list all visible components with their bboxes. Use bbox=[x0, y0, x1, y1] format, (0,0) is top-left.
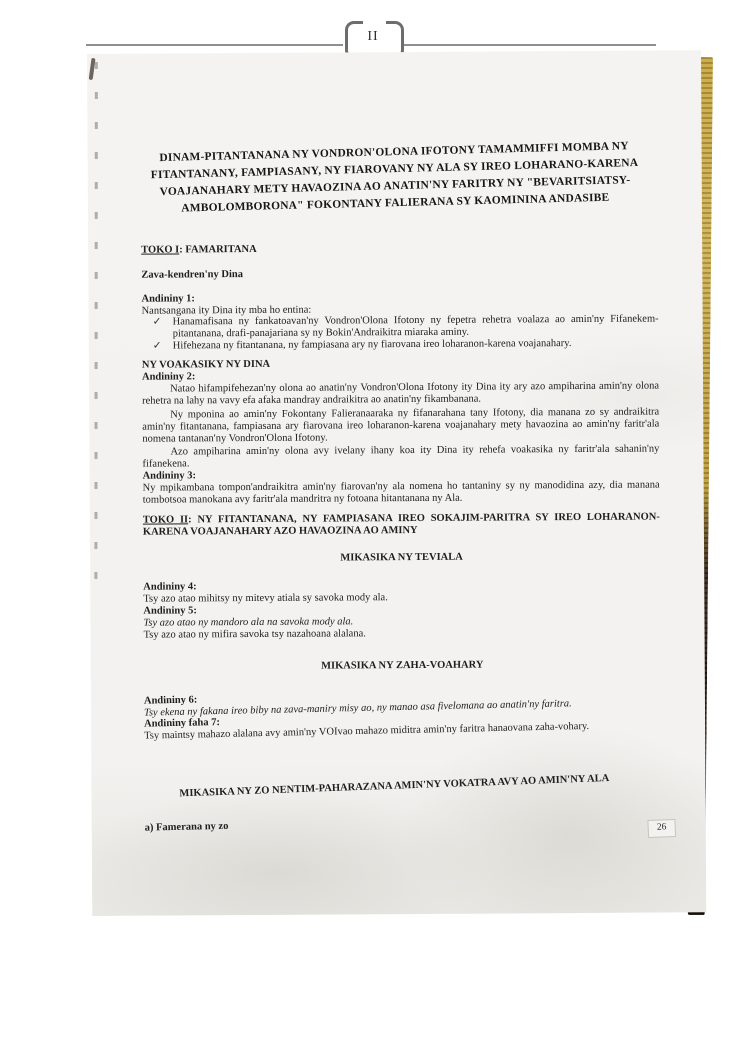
andininy2-label: Andininy 2: bbox=[142, 371, 195, 383]
voakasiky-heading: NY VOAKASIKY NY DINA bbox=[142, 359, 270, 372]
zahavoahary-section-heading: MIKASIKA NY ZAHA-VOAHARY bbox=[144, 659, 661, 674]
teviala-section-heading: MIKASIKA NY TEVIALA bbox=[143, 551, 660, 566]
andininy1-label: Andininy 1: bbox=[141, 293, 194, 305]
dina-objective-subheading: Zava-kendren'ny Dina bbox=[141, 269, 243, 282]
toko2-heading: TOKO II: NY FITANTANANA, NY FAMPIASANA I… bbox=[143, 512, 660, 539]
toko1-heading-text: : FAMARITANA bbox=[179, 244, 257, 255]
toko1-heading-number: TOKO I bbox=[141, 244, 179, 255]
andininy3-label: Andininy 3: bbox=[143, 470, 196, 482]
document-viewer: { "header": { "page_marker": "II" }, "gl… bbox=[0, 0, 745, 1053]
page-number: 26 bbox=[647, 819, 676, 838]
header-rule-right bbox=[403, 44, 656, 46]
andininy2-paragraph-1: Natao hifampifehezan'ny olona ao anatin'… bbox=[142, 381, 659, 408]
toko2-heading-text: : NY FITANTANANA, NY FAMPIASANA IREO SOK… bbox=[143, 512, 660, 538]
famerana-label: a) Famerana ny zo bbox=[145, 821, 229, 835]
andininy4-paragraph: Tsy azo atao mihitsy ny mitevy atiala sy… bbox=[143, 591, 660, 606]
andininy3-paragraph: Ny mpikambana tompon'andraikitra amin'ny… bbox=[143, 480, 660, 507]
checkmark-icon: ✓ bbox=[153, 340, 173, 352]
andininy1-bullet-list: ✓ Hanamafisana ny fankatoavan'ny Vondron… bbox=[153, 314, 659, 353]
checkmark-icon: ✓ bbox=[153, 316, 173, 340]
andininy5-label: Andininy 5: bbox=[143, 605, 196, 617]
page-marker: II bbox=[350, 29, 396, 45]
toko2-heading-number: TOKO II bbox=[143, 514, 188, 525]
andininy4-label: Andininy 4: bbox=[143, 581, 196, 593]
andininy5-paragraph-2: Tsy azo atao ny mifira savoka tsy nazaho… bbox=[144, 627, 661, 642]
scanned-page: DINAM-PITANTANANA NY VONDRON'OLONA IFOTO… bbox=[87, 50, 706, 916]
bullet-item: ✓ Hanamafisana ny fankatoavan'ny Vondron… bbox=[153, 314, 659, 341]
andininy6-paragraph: Tsy ekena ny fakana ireo biby na zava-ma… bbox=[144, 696, 661, 719]
andininy2-paragraph-2: Ny mponina ao amin'ny Fokontany Falieran… bbox=[142, 407, 659, 446]
andininy7-paragraph: Tsy maintsy mahazo alalana avy amin'ny V… bbox=[144, 719, 661, 742]
document-title: DINAM-PITANTANANA NY VONDRON'OLONA IFOTO… bbox=[129, 137, 661, 218]
toko1-heading: TOKO I: FAMARITANA bbox=[141, 244, 257, 257]
bullet-text: Hifehezana ny fitantanana, ny fampiasana… bbox=[173, 338, 659, 353]
bullet-text: Hanamafisana ny fankatoavan'ny Vondron'O… bbox=[173, 314, 659, 341]
zo-section-heading: MIKASIKA NY ZO NENTIM-PAHARAZANA AMIN'NY… bbox=[144, 772, 644, 802]
bullet-item: ✓ Hifehezana ny fitantanana, ny fampiasa… bbox=[153, 338, 659, 353]
page-binding-marks bbox=[94, 62, 97, 582]
header-rule-left bbox=[86, 44, 343, 46]
andininy2-paragraph-3: Azo ampiharina amin'ny olona avy ivelany… bbox=[142, 444, 659, 471]
